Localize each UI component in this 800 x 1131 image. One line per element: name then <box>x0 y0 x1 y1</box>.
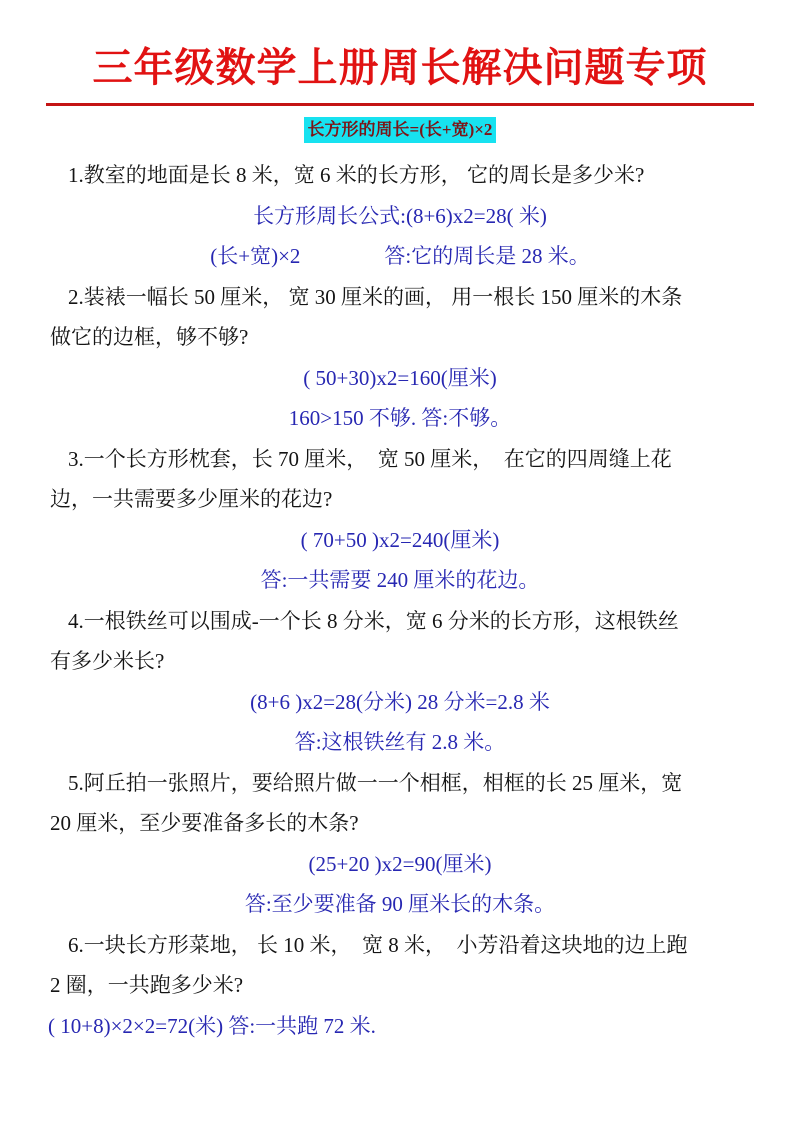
answer-text: ( 10+8)×2×2=72(米) 答:一共跑 72 米. <box>44 1006 756 1047</box>
answer-text: (8+6 )x2=28(分米) 28 分米=2.8 米 <box>44 682 756 723</box>
problem-4: 4.一根铁丝可以围成-一个长 8 分米，宽 6 分米的长方形，这根铁丝 有多少米… <box>44 601 756 763</box>
answer-text: ( 70+50 )x2=240(厘米) <box>44 520 756 561</box>
answer-text: ( 50+30)x2=160(厘米) <box>44 358 756 399</box>
answer-text: 答:至少要准备 90 厘米长的木条。 <box>44 884 756 925</box>
question-text: 6.一块长方形菜地， 长 10 米， 宽 8 米， 小芳沿着这块地的边上跑 <box>44 925 756 966</box>
question-text: 3.一个长方形枕套，长 70 厘米， 宽 50 厘米， 在它的四周缝上花 <box>44 439 756 480</box>
answer-text: (长+宽)×2 答:它的周长是 28 米。 <box>44 236 756 277</box>
question-text: 5.阿丘拍一张照片，要给照片做一一个相框，相框的长 25 厘米，宽 <box>44 763 756 804</box>
question-text: 2.装裱一幅长 50 厘米， 宽 30 厘米的画， 用一根长 150 厘米的木条 <box>44 277 756 318</box>
question-text: 边，一共需要多少厘米的花边? <box>44 479 756 520</box>
problems-list: 1.教室的地面是长 8 米，宽 6 米的长方形， 它的周长是多少米? 长方形周长… <box>44 155 756 1046</box>
problem-2: 2.装裱一幅长 50 厘米， 宽 30 厘米的画， 用一根长 150 厘米的木条… <box>44 277 756 439</box>
answer-text: (25+20 )x2=90(厘米) <box>44 844 756 885</box>
question-text: 2 圈，一共跑多少米? <box>44 965 756 1006</box>
problem-5: 5.阿丘拍一张照片，要给照片做一一个相框，相框的长 25 厘米，宽 20 厘米，… <box>44 763 756 925</box>
question-text: 做它的边框，够不够? <box>44 317 756 358</box>
question-text: 20 厘米，至少要准备多长的木条? <box>44 803 756 844</box>
title-underline <box>46 103 754 106</box>
formula-row: 长方形的周长=(长+宽)×2 <box>44 117 756 143</box>
answer-text: 答:这根铁丝有 2.8 米。 <box>44 722 756 763</box>
worksheet-page: 三年级数学上册周长解决问题专项 长方形的周长=(长+宽)×2 1.教室的地面是长… <box>0 0 800 1131</box>
problem-1: 1.教室的地面是长 8 米，宽 6 米的长方形， 它的周长是多少米? 长方形周长… <box>44 155 756 277</box>
problem-3: 3.一个长方形枕套，长 70 厘米， 宽 50 厘米， 在它的四周缝上花 边，一… <box>44 439 756 601</box>
problem-6: 6.一块长方形菜地， 长 10 米， 宽 8 米， 小芳沿着这块地的边上跑 2 … <box>44 925 756 1047</box>
highlighted-formula: 长方形的周长=(长+宽)×2 <box>304 117 497 143</box>
question-text: 1.教室的地面是长 8 米，宽 6 米的长方形， 它的周长是多少米? <box>44 155 756 196</box>
answer-text: 160>150 不够. 答:不够。 <box>44 398 756 439</box>
answer-text: 长方形周长公式:(8+6)x2=28( 米) <box>44 196 756 237</box>
answer-text: 答:一共需要 240 厘米的花边。 <box>44 560 756 601</box>
page-title: 三年级数学上册周长解决问题专项 <box>44 44 756 92</box>
question-text: 4.一根铁丝可以围成-一个长 8 分米，宽 6 分米的长方形，这根铁丝 <box>44 601 756 642</box>
question-text: 有多少米长? <box>44 641 756 682</box>
